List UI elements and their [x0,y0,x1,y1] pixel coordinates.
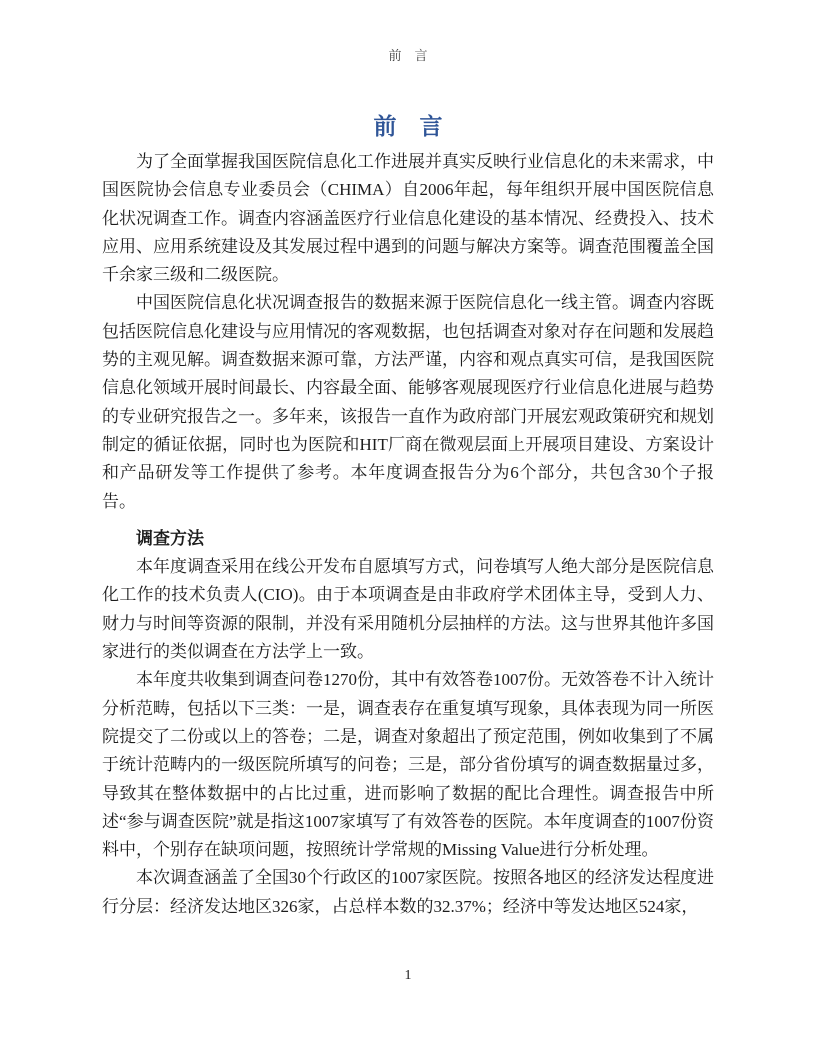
paragraph-regional-stratification: 本次调查涵盖了全国30个行政区的1007家医院。按照各地区的经济发达程度进行分层… [102,864,714,921]
paragraph-survey-approach: 本年度调查采用在线公开发布自愿填写方式，问卷填写人绝大部分是医院信息化工作的技术… [102,553,714,666]
paragraph-report-data-source: 中国医院信息化状况调查报告的数据来源于医院信息化一线主管。调查内容既包括医院信息… [102,289,714,515]
document-page: 前 言 前 言 为了全面掌握我国医院信息化工作进展并真实反映行业信息化的未来需求… [0,0,816,1056]
paragraph-intro-survey-origin: 为了全面掌握我国医院信息化工作进展并真实反映行业信息化的未来需求，中国医院协会信… [102,148,714,289]
page-number-footer: 1 [0,967,816,985]
running-header: 前 言 [0,48,816,64]
document-body: 为了全面掌握我国医院信息化工作进展并真实反映行业信息化的未来需求，中国医院协会信… [102,148,714,921]
paragraph-questionnaire-validity: 本年度共收集到调查问卷1270份，其中有效答卷1007份。无效答卷不计入统计分析… [102,666,714,864]
section-heading-survey-method: 调查方法 [102,525,714,553]
page-title: 前 言 [0,112,816,140]
